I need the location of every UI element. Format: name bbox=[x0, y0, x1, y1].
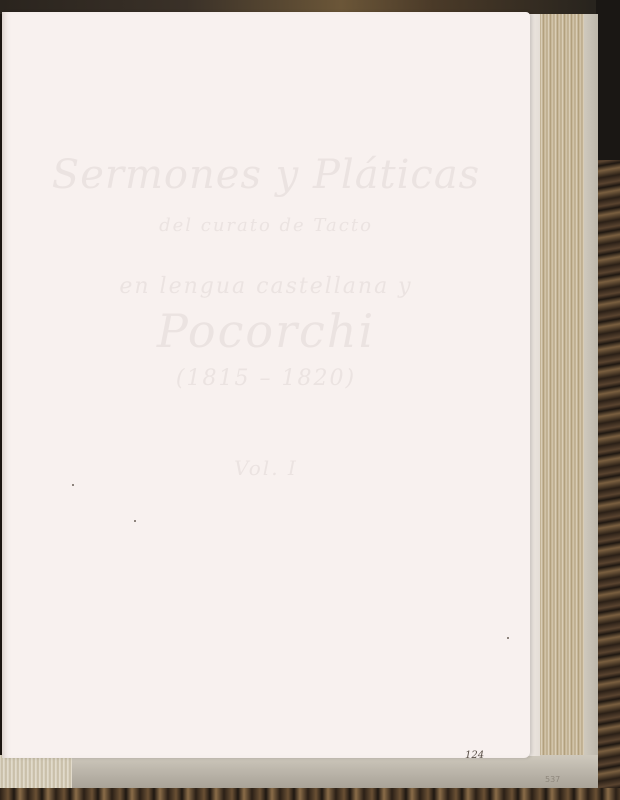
folio-number: 124 bbox=[465, 750, 484, 761]
title-language-name: Pocorchi bbox=[2, 304, 530, 358]
title-page: Sermones y Pláticas del curato de Tacto … bbox=[2, 12, 530, 758]
title-volume: Vol. I bbox=[2, 456, 530, 480]
ink-speck bbox=[72, 484, 74, 486]
page-stack-fore-edge bbox=[538, 14, 598, 760]
title-language-line: en lengua castellana y bbox=[2, 274, 530, 299]
page-stack-bottom-left bbox=[0, 755, 72, 788]
title-subtitle-parish: del curato de Tacto bbox=[2, 215, 530, 236]
title-date-range: (1815 – 1820) bbox=[2, 366, 530, 391]
book-cover-corner bbox=[596, 0, 620, 160]
book-cover-bottom bbox=[0, 788, 620, 800]
bottom-stamp: 537 bbox=[545, 775, 560, 784]
ink-speck bbox=[507, 637, 509, 639]
page-stack-bottom-edge bbox=[0, 755, 598, 788]
ink-speck bbox=[134, 520, 136, 522]
title-main: Sermones y Pláticas bbox=[2, 152, 530, 198]
